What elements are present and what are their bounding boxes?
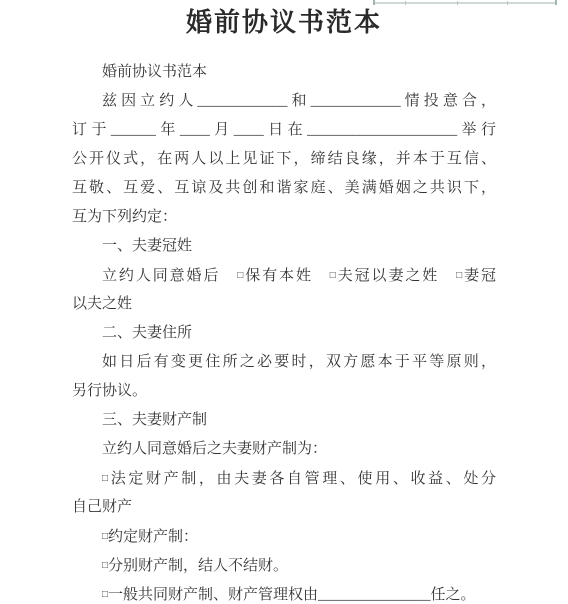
document-line: 兹因立约人____________和____________情投意合， bbox=[72, 87, 496, 116]
checkbox-glyph: □ bbox=[102, 473, 111, 484]
document-line: 如日后有变更住所之必要时，双方愿本于平等原则， bbox=[72, 348, 496, 377]
document-line: 以夫之姓 bbox=[72, 290, 496, 319]
checkbox-glyph: □ bbox=[456, 270, 464, 281]
document-line: □约定财产制： bbox=[72, 522, 496, 551]
document-line: 立约人同意婚后 □保有本姓 □夫冠以妻之姓 □妻冠 bbox=[72, 261, 496, 290]
document-line: 立约人同意婚后之夫妻财产制为： bbox=[72, 435, 496, 464]
document-line: 公开仪式，在两人以上见证下，缔结良缘，并本于互信、 bbox=[72, 145, 496, 174]
document-line: □分别财产制，结人不结财。 bbox=[72, 551, 496, 580]
document-line: 互为下列约定： bbox=[72, 203, 496, 232]
document-line: 二、夫妻住所 bbox=[72, 319, 496, 348]
document-line: 订于______年____月____日在____________________… bbox=[72, 116, 496, 145]
document-line: 一、夫妻冠姓 bbox=[72, 232, 496, 261]
document-line: 另行协议。 bbox=[72, 377, 496, 406]
table-cell-border bbox=[507, 1, 508, 5]
checkbox-glyph: □ bbox=[102, 560, 108, 571]
document-body: 婚前协议书范本兹因立约人____________和____________情投意… bbox=[72, 58, 496, 604]
document-line: 三、夫妻财产制 bbox=[72, 406, 496, 435]
document-line: 自己财产 bbox=[72, 493, 496, 522]
document-line: □法定财产制，由夫妻各自管理、使用、收益、处分 bbox=[72, 464, 496, 493]
document-line: 婚前协议书范本 bbox=[72, 58, 496, 87]
checkbox-glyph: □ bbox=[102, 589, 108, 600]
document-title: 婚前协议书范本 bbox=[72, 2, 496, 39]
document-line: 互敬、互爱、互谅及共创和谐家庭、美满婚姻之共识下， bbox=[72, 174, 496, 203]
checkbox-glyph: □ bbox=[102, 531, 108, 542]
table-cell-border bbox=[555, 0, 557, 5]
document-line: □一般共同财产制、财产管理权由_______________任之。 bbox=[72, 580, 496, 604]
checkbox-glyph: □ bbox=[237, 270, 245, 281]
checkbox-glyph: □ bbox=[330, 270, 338, 281]
document-page: 婚前协议书范本 婚前协议书范本兹因立约人____________和_______… bbox=[0, 0, 568, 604]
